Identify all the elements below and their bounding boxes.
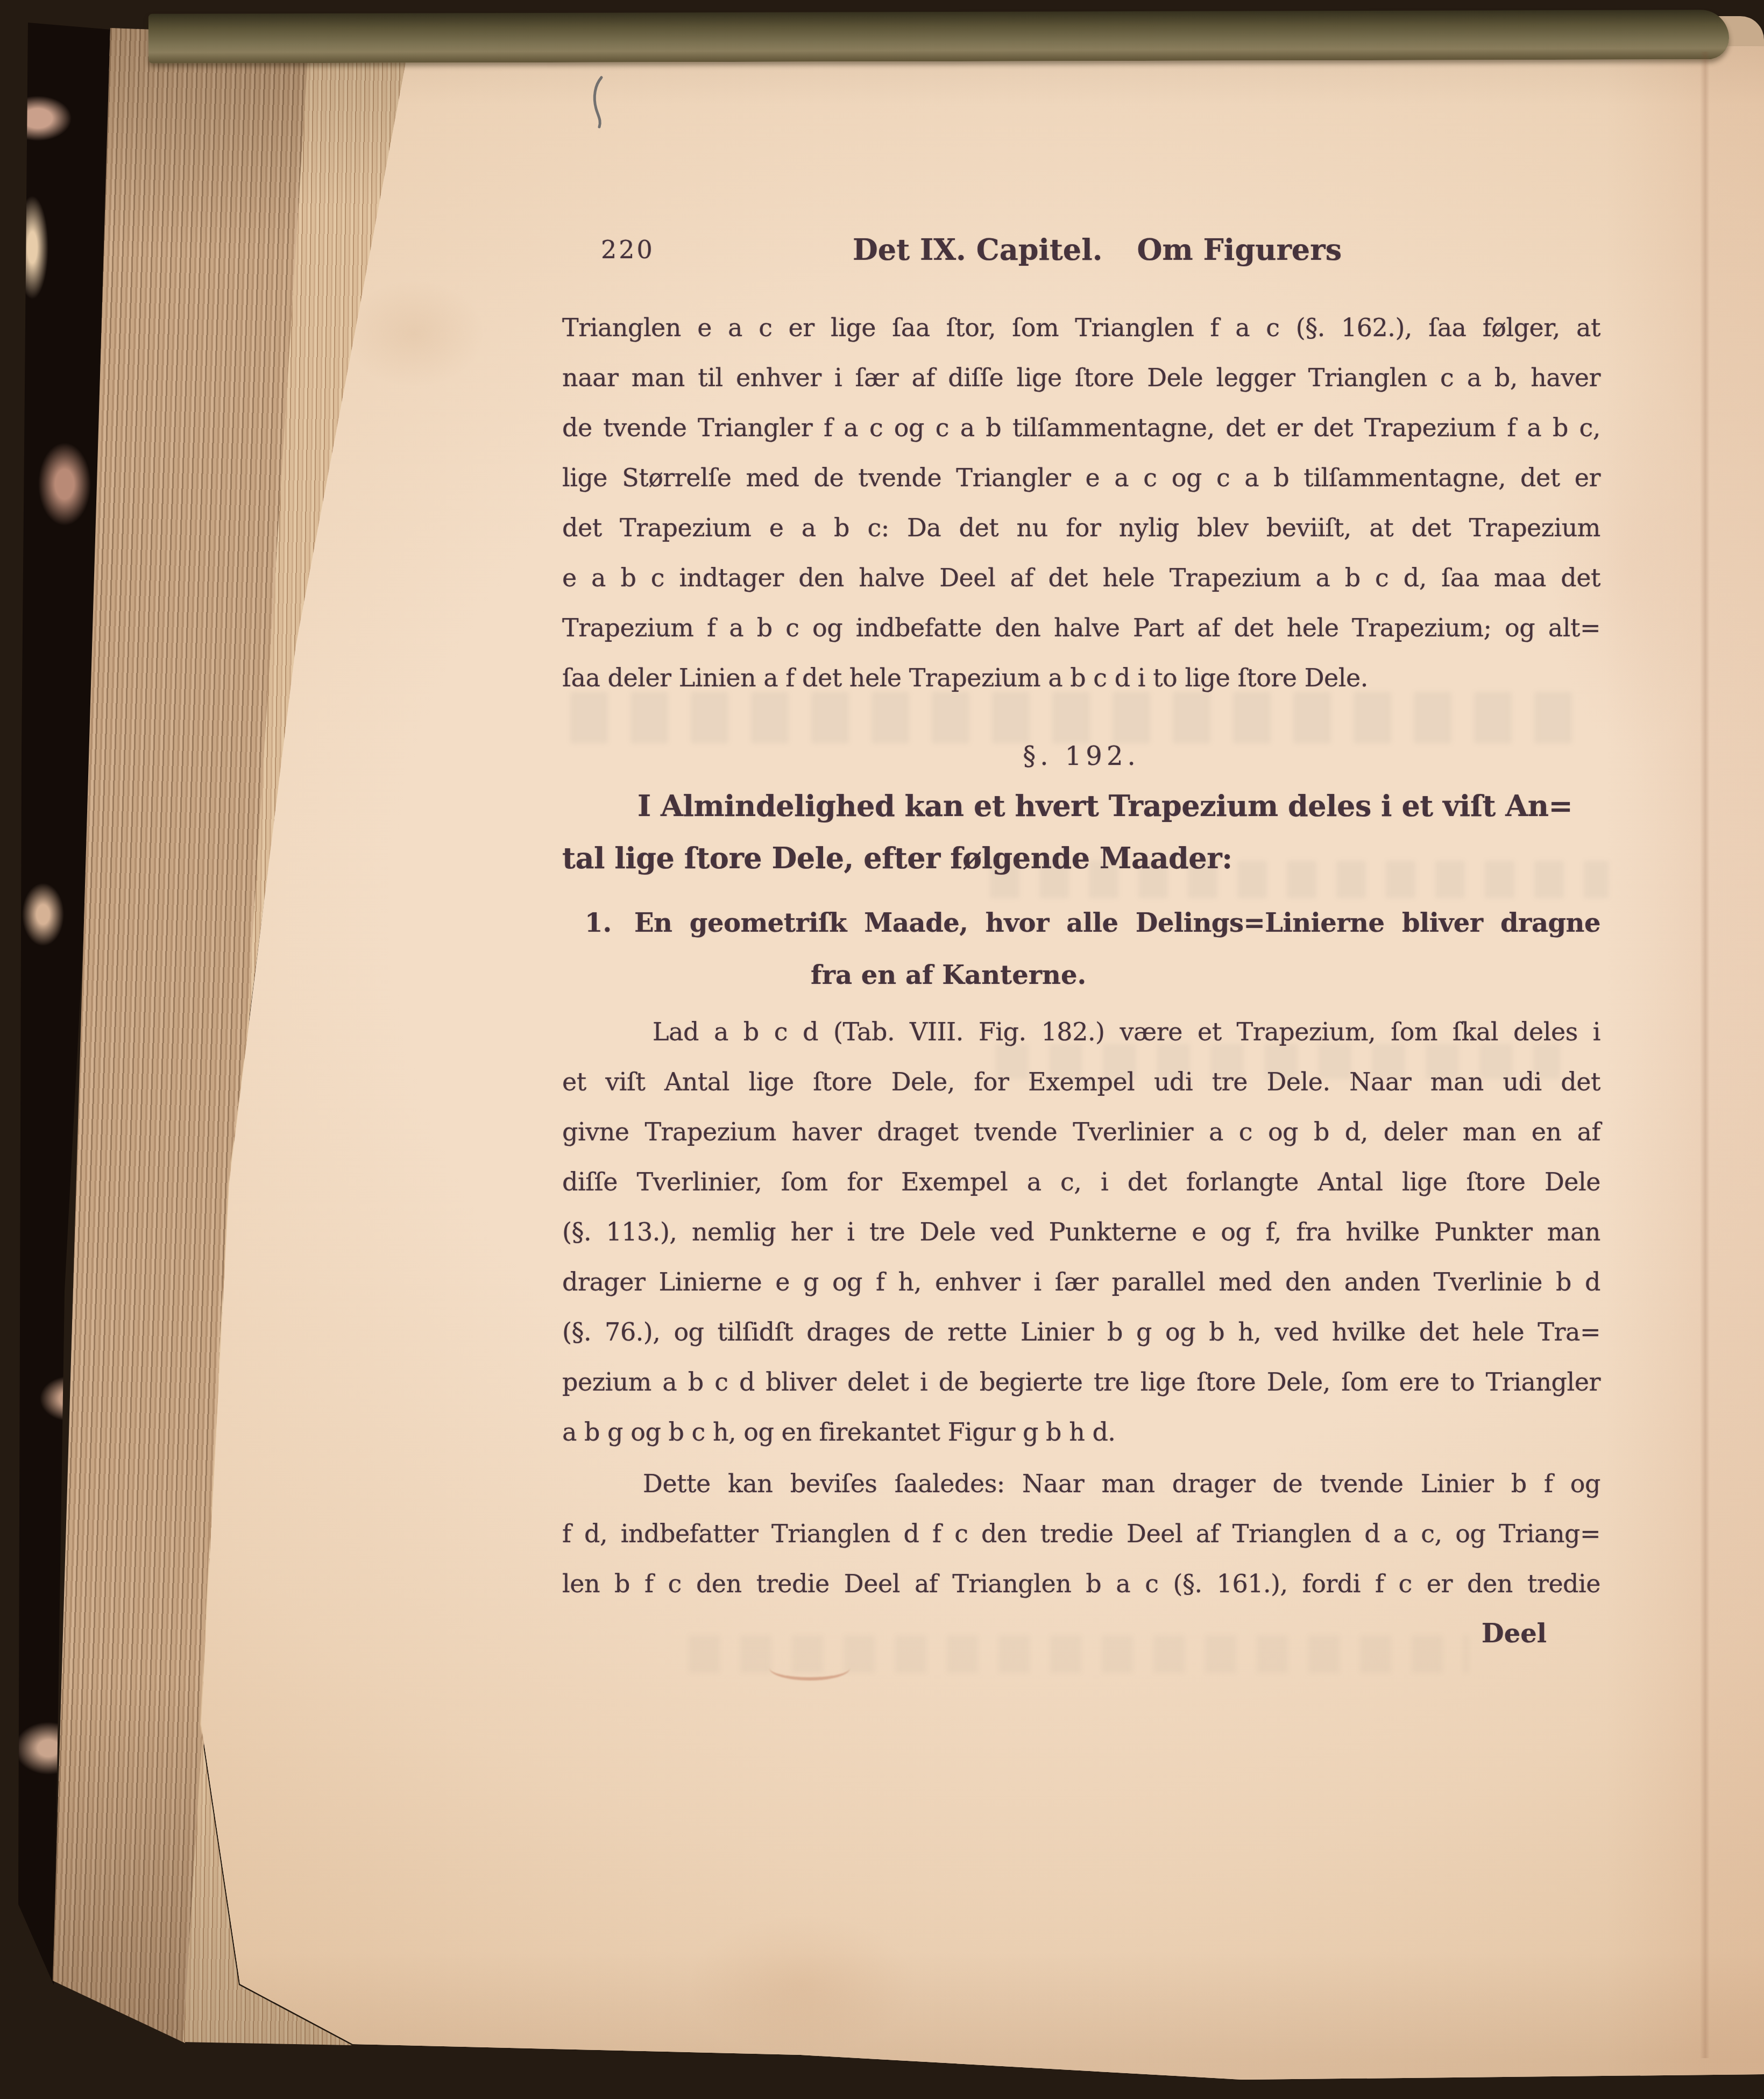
text-line: f d, indbefatter Trianglen d f c den tre… bbox=[562, 1509, 1600, 1559]
paragraph-2: Lad a b c d (Tab. VIII. Fig. 182.) være … bbox=[562, 1007, 1600, 1457]
text-line: (§. 76.), og tilſidſt drages de rette Li… bbox=[562, 1307, 1600, 1357]
ink-bleedthrough bbox=[570, 692, 1582, 743]
text-line: pezium a b c d bliver delet i de begiert… bbox=[562, 1357, 1600, 1407]
heading-line: I Almindelighed kan et hvert Trapezium d… bbox=[562, 780, 1600, 832]
running-title: Det IX. Capitel.Om Figurers bbox=[853, 229, 1342, 271]
paragraph-1: Trianglen e a c er lige ſaa ſtor, ſom Tr… bbox=[562, 303, 1600, 703]
text-line: Lad a b c d (Tab. VIII. Fig. 182.) være … bbox=[562, 1007, 1600, 1057]
text-line: Trapezium f a b c og indbefatte den halv… bbox=[562, 603, 1600, 653]
text-line: ſaa deler Linien a f det hele Trapezium … bbox=[562, 653, 1600, 703]
method-item-line: fra en af Kanterne. bbox=[562, 949, 1600, 1002]
ink-bleedthrough bbox=[990, 861, 1609, 898]
section-number: §. 192. bbox=[562, 733, 1600, 780]
ink-bleedthrough bbox=[995, 1044, 1560, 1079]
section-heading: I Almindelighed kan et hvert Trapezium d… bbox=[562, 780, 1600, 884]
method-item-line: 1. En geometriſk Maade, hvor alle Deling… bbox=[562, 897, 1600, 949]
chapter-title: Det IX. Capitel. bbox=[853, 232, 1103, 267]
method-item-text: En geometriſk Maade, hvor alle Delings=L… bbox=[634, 897, 1600, 949]
text-line: givne Trapezium haver draget tvende Tver… bbox=[562, 1107, 1600, 1157]
text-line: det Trapezium e a b c: Da det nu for nyl… bbox=[562, 503, 1600, 553]
text-line: Dette kan beviſes ſaaledes: Naar man dra… bbox=[562, 1459, 1600, 1509]
text-line: (§. 113.), nemlig her i tre Dele ved Pun… bbox=[562, 1207, 1600, 1257]
text-line: a b g og b c h, og en firekantet Figur g… bbox=[562, 1407, 1600, 1457]
catchword: Deel bbox=[562, 1609, 1600, 1659]
text-line: len b f c den tredie Deel af Trianglen b… bbox=[562, 1559, 1600, 1609]
text-line: et viſt Antal lige ſtore Dele, for Exemp… bbox=[562, 1057, 1600, 1107]
page-number: 220 bbox=[601, 229, 655, 271]
paragraph-3: Dette kan beviſes ſaaledes: Naar man dra… bbox=[562, 1459, 1600, 1609]
paper-stain bbox=[344, 280, 484, 387]
text-line: Trianglen e a c er lige ſaa ſtor, ſom Tr… bbox=[562, 303, 1600, 353]
page-crease bbox=[1700, 52, 1710, 2058]
rust-mark bbox=[769, 1656, 850, 1680]
book-photo: 220 Det IX. Capitel.Om Figurers Triangle… bbox=[0, 0, 1764, 2099]
text-line: drager Linierne e g og f h, enhver i ſær… bbox=[562, 1257, 1600, 1307]
chapter-subject: Om Figurers bbox=[1137, 232, 1342, 267]
paper-stain bbox=[1549, 377, 1711, 753]
text-block: 220 Det IX. Capitel.Om Figurers Triangle… bbox=[562, 229, 1600, 1659]
text-line: diſſe Tverlinier, ſom for Exempel a c, i… bbox=[562, 1157, 1600, 1207]
heading-line: tal lige ſtore Dele, efter følgende Maad… bbox=[562, 832, 1600, 884]
text-line: naar man til enhver i ſær af diſſe lige … bbox=[562, 353, 1600, 403]
method-item-1: 1. En geometriſk Maade, hvor alle Deling… bbox=[562, 897, 1600, 1002]
text-line: de tvende Triangler f a c og c a b tilſa… bbox=[562, 403, 1600, 453]
running-header: 220 Det IX. Capitel.Om Figurers bbox=[562, 229, 1600, 271]
paper-stain bbox=[689, 1915, 915, 2055]
ink-bleedthrough bbox=[689, 1635, 1469, 1673]
pen-squiggle-mark bbox=[585, 75, 610, 129]
text-line: e a b c indtager den halve Deel af det h… bbox=[562, 553, 1600, 603]
book-top-edge-stain bbox=[148, 10, 1729, 63]
text-line: lige Størrelſe med de tvende Triangler e… bbox=[562, 453, 1600, 503]
method-item-number: 1. bbox=[585, 897, 634, 949]
